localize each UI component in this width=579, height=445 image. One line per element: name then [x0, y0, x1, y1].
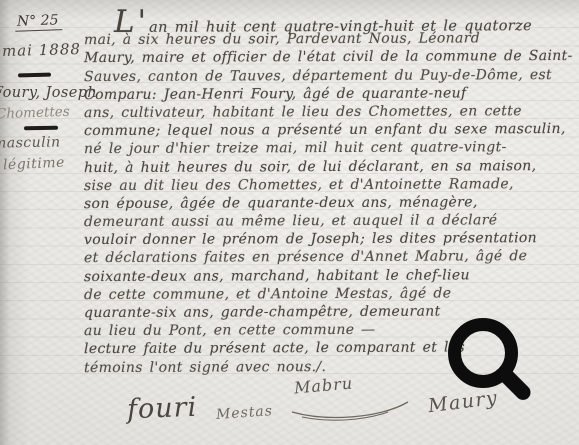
- manuscript-line: Comparu: Jean-Henri Foury, âgé de quaran…: [84, 84, 579, 104]
- manuscript-line: sise au dit lieu des Chomettes, et d'Ant…: [84, 175, 579, 195]
- magnifier-handle: [495, 365, 533, 403]
- record-number: N° 25: [15, 12, 62, 32]
- manuscript-line: son épouse, âgée de quarante-deux ans, m…: [84, 193, 579, 213]
- manuscript-line: Sauves, canton de Tauves, département du…: [84, 65, 579, 85]
- record-date: mai 1888: [2, 40, 81, 60]
- manuscript-line: ans, cultivateur, habitant le lieu des C…: [84, 102, 579, 122]
- manuscript-line: et déclarations faites en présence d'Ann…: [84, 247, 579, 267]
- record-name: Foury, Joseph: [0, 85, 97, 101]
- record-filiation: légitime: [3, 155, 66, 174]
- manuscript-line: né le jour d'hier treize mai, mil huit c…: [84, 138, 579, 158]
- record-place-note: Chomettes: [0, 104, 70, 123]
- manuscript-line: de cette commune, et d'Antoine Mestas, â…: [84, 284, 579, 304]
- manuscript-line: L'an mil huit cent quatre-vingt-huit et …: [84, 11, 579, 31]
- magnifier-icon[interactable]: [448, 318, 538, 402]
- manuscript-line: Maury, maire et officier de l'état civil…: [84, 47, 579, 67]
- ink-divider: [24, 126, 58, 130]
- manuscript-line: soixante-deux ans, marchand, habitant le…: [84, 266, 579, 286]
- manuscript-line: huit, à huit heures du soir, de lui décl…: [84, 156, 579, 176]
- record-sex: masculin: [0, 134, 61, 151]
- signature-fouri: fouri: [126, 392, 197, 425]
